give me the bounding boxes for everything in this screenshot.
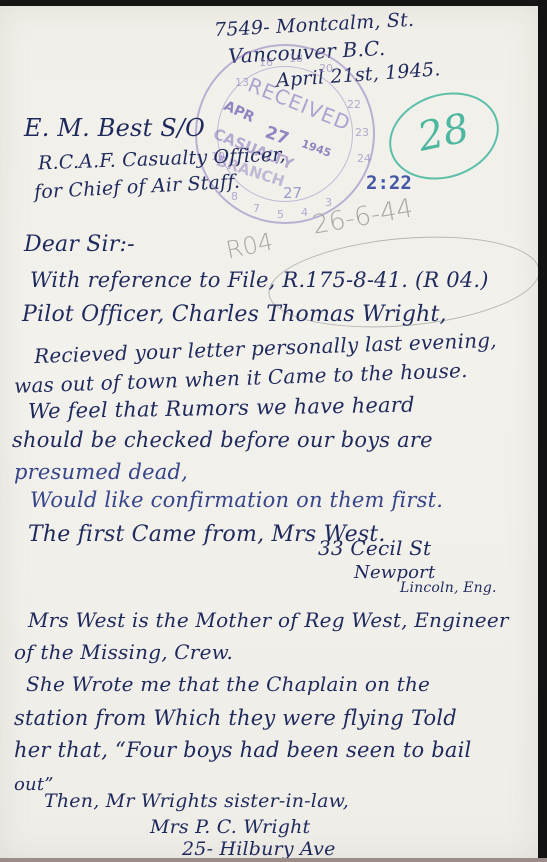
body-line: station from Which they were flying Told bbox=[14, 706, 457, 730]
stamp-time: 2:22 bbox=[366, 172, 412, 194]
body-line: Pilot Officer, Charles Thomas Wright, bbox=[22, 302, 447, 327]
scan-border-right bbox=[538, 0, 547, 862]
recipient-line-3: for Chief of Air Staff. bbox=[34, 171, 241, 204]
body-line: 33 Cecil St bbox=[318, 536, 431, 560]
letter-page: 7549- Montcalm, St. Vancouver B.C. April… bbox=[0, 6, 538, 858]
scan-border-bottom bbox=[0, 858, 547, 862]
received-stamp: 13 16 18 20 22 23 24 3 4 5 7 8 10 RECEIV… bbox=[195, 44, 375, 224]
body-line: We feel that Rumors we have heard bbox=[28, 393, 415, 424]
body-line: With reference to File, R.175-8-41. (R 0… bbox=[30, 268, 489, 292]
pencil-reference: R04 bbox=[224, 227, 276, 264]
body-line: Mrs West is the Mother of Reg West, Engi… bbox=[28, 608, 509, 632]
recipient-line-1: E. M. Best S/O bbox=[24, 114, 205, 142]
body-line: Lincoln, Eng. bbox=[400, 580, 497, 596]
stamp-ring-number: 5 bbox=[277, 208, 284, 221]
stamp-ring-number: 16 bbox=[259, 56, 273, 69]
body-line: Would like confirmation on them first. bbox=[30, 488, 443, 512]
stamp-repeat-day: 27 bbox=[283, 184, 302, 202]
stamp-ring-number: 20 bbox=[319, 62, 333, 75]
body-line: of the Missing, Crew. bbox=[14, 640, 233, 664]
body-line: Then, Mr Wrights sister-in-law, bbox=[44, 790, 349, 812]
stamp-ring-number: 4 bbox=[301, 206, 308, 219]
stamp-ring-number: 22 bbox=[347, 98, 361, 111]
body-line: Mrs P. C. Wright bbox=[150, 816, 310, 838]
salutation: Dear Sir:- bbox=[24, 232, 135, 257]
body-line: 25- Hilbury Ave bbox=[182, 838, 336, 860]
stamp-ring-number: 24 bbox=[357, 152, 371, 165]
stamp-ring-number: 7 bbox=[253, 202, 260, 215]
stamp-ring-number: 23 bbox=[355, 126, 369, 139]
stamp-ring-number: 18 bbox=[289, 52, 303, 65]
body-line: She Wrote me that the Chaplain on the bbox=[26, 672, 430, 696]
body-line: should be checked before our boys are bbox=[12, 428, 433, 452]
body-line: presumed dead, bbox=[14, 460, 188, 484]
body-line: her that, “Four boys had been seen to ba… bbox=[14, 738, 471, 762]
